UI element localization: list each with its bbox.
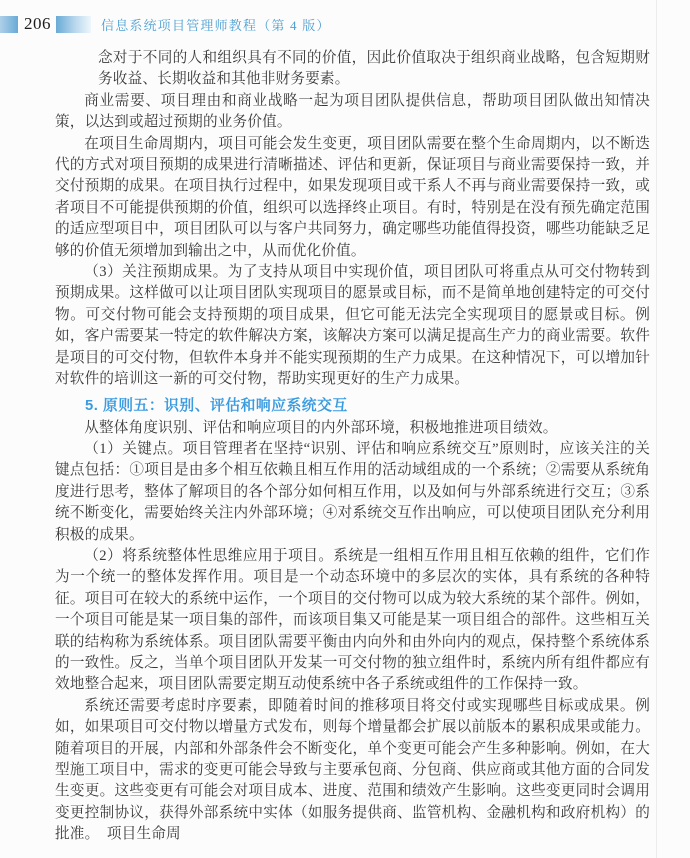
page-body: 念对于不同的人和组织具有不同的价值，因此价值取决于组织商业战略，包含短期财务收益… [55, 48, 650, 846]
page-header: 206 信息系统项目管理师教程（第 4 版） [0, 14, 331, 34]
book-title: 信息系统项目管理师教程（第 4 版） [101, 15, 331, 34]
paragraph: 从整体角度识别、评估和响应项目的内外部环境，积极地推进项目绩效。 [55, 418, 650, 439]
paragraph: （2）将系统整体性思维应用于项目。系统是一组相互作用且相互依赖的组件，它们作为一… [55, 546, 650, 696]
page-number: 206 [24, 14, 51, 34]
book-page: 206 信息系统项目管理师教程（第 4 版） 念对于不同的人和组织具有不同的价值… [0, 0, 690, 858]
paragraph: 在项目生命周期内，项目可能会发生变更，项目团队需要在整个生命周期内，以不断迭代的… [55, 134, 650, 262]
header-accent-block-right [56, 16, 91, 33]
section-heading: 5. 原则五：识别、评估和响应系统交互 [85, 397, 650, 416]
paragraph: （1）关键点。项目管理者在坚持“识别、评估和响应系统交互”原则时，应该关注的关键… [55, 439, 650, 546]
scan-artifact-line [656, 0, 657, 858]
paragraph: （3）关注预期成果。为了支持从项目中实现价值，项目团队可将重点从可交付物转到预期… [55, 262, 650, 390]
paragraph: 系统还需要考虑时序要素，即随着时间的推移项目将交付或实现哪些目标或成果。例如，如… [55, 696, 650, 846]
paragraph: 商业需要、项目理由和商业战略一起为项目团队提供信息，帮助项目团队做出知情决策，以… [55, 91, 650, 134]
header-accent-block-left [0, 16, 18, 33]
paragraph-continuation: 念对于不同的人和组织具有不同的价值，因此价值取决于组织商业战略，包含短期财务收益… [55, 48, 650, 91]
